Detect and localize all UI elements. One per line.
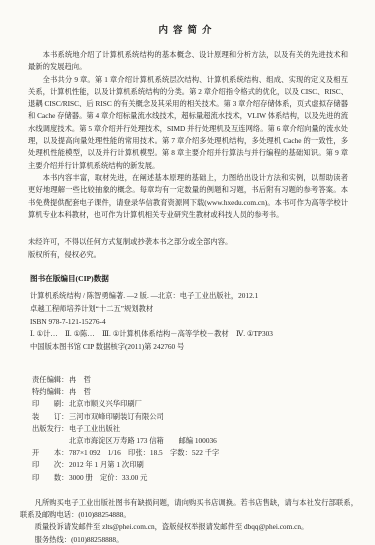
pub-value: 北京市顺义兴华印刷厂 — [69, 399, 142, 408]
pub-row: 印 数：3000 册 定价：33.00 元 — [32, 472, 355, 484]
publication-info: 责任编辑：冉 哲 特约编辑：冉 哲 印 刷：北京市顺义兴华印刷厂 装 订：三河市… — [32, 374, 355, 484]
pub-label: 特约编辑： — [32, 386, 69, 398]
pub-label: 责任编辑： — [32, 374, 69, 386]
pub-label: 装 订： — [32, 411, 69, 423]
pub-value: 北京市海淀区万寿路 173 信箱 邮编 100036 — [69, 436, 217, 445]
cip-entry-line: 计算机系统结构 / 陈智勇编著. —2 版. —北京：电子工业出版社，2012.… — [30, 290, 348, 303]
cip-data-block: 图书在版编目(CIP)数据 计算机系统结构 / 陈智勇编著. —2 版. —北京… — [30, 273, 348, 354]
copyright-notice: 未经许可，不得以任何方式复制或抄袭本书之部分或全部内容。 版权所有，侵权必究。 — [28, 236, 348, 261]
service-notice: 凡所购买电子工业出版社图书有缺损问题，请向购买书店调换。若书店售缺，请与本社发行… — [20, 497, 358, 545]
pub-value: 冉 哲 — [69, 387, 91, 396]
intro-paragraph: 本书系统地介绍了计算机系统结构的基本概念、设计原理和分析方法，以及有关的先进技术… — [28, 49, 348, 74]
content-summary: 本书系统地介绍了计算机系统结构的基本概念、设计原理和分析方法，以及有关的先进技术… — [28, 49, 348, 221]
pub-row: 装 订：三河市双峰印刷装订有限公司 — [32, 411, 355, 423]
pub-value: 冉 哲 — [69, 375, 91, 384]
cip-registration: 中国版本图书馆 CIP 数据核字(2011)第 242760 号 — [30, 341, 348, 354]
footer-paragraph: 服务热线：(010)88258888。 — [20, 534, 358, 545]
intro-paragraph: 全书共分 9 章。第 1 章介绍计算机系统层次结构、计算机系统结构、组成、实现的… — [28, 74, 348, 172]
copyright-line: 版权所有，侵权必究。 — [28, 249, 348, 261]
pub-row: 责任编辑：冉 哲 — [32, 374, 355, 386]
pub-value: 三河市双峰印刷装订有限公司 — [69, 412, 164, 421]
footer-paragraph: 质量投诉请发邮件至 zlts@phei.com.cn，盗版侵权举报请发邮件至 d… — [20, 521, 358, 533]
cip-classification: Ⅰ. ①计… Ⅱ. ①陈… Ⅲ. ①计算机体系结构－高等学校－教材 Ⅳ. ①TP… — [30, 328, 348, 341]
pub-value: 2012 年 1 月第 1 次印刷 — [69, 460, 144, 469]
cip-entry-line: 卓越工程师培养计划“十二五”规划教材 — [30, 303, 348, 316]
book-copyright-page: 内容简介 本书系统地介绍了计算机系统结构的基本概念、设计原理和分析方法，以及有关… — [0, 0, 375, 545]
intro-paragraph: 本书内容丰富，取材先进，在阐述基本原理的基础上，力图给出设计方法和实例，以帮助读… — [28, 172, 348, 221]
pub-label: 出版发行： — [32, 423, 69, 435]
copyright-line: 未经许可，不得以任何方式复制或抄袭本书之部分或全部内容。 — [28, 236, 348, 248]
pub-row: 北京市海淀区万寿路 173 信箱 邮编 100036 — [32, 435, 355, 447]
pub-row: 出版发行：电子工业出版社 — [32, 423, 355, 435]
footer-paragraph: 凡所购买电子工业出版社图书有缺损问题，请向购买书店调换。若书店售缺，请与本社发行… — [20, 497, 358, 522]
pub-label: 印 数： — [32, 472, 69, 484]
pub-label: 开 本： — [32, 447, 69, 459]
pub-label: 印 次： — [32, 459, 69, 471]
page-title: 内容简介 — [0, 22, 375, 36]
cip-isbn: ISBN 978-7-121-15276-4 — [30, 316, 348, 329]
pub-value: 电子工业出版社 — [69, 424, 120, 433]
pub-row: 开 本：787×1 092 1/16 印张：18.5 字数：522 千字 — [32, 447, 355, 459]
pub-value: 3000 册 定价：33.00 元 — [69, 473, 147, 482]
pub-label: 印 刷： — [32, 398, 69, 410]
pub-value: 787×1 092 1/16 印张：18.5 字数：522 千字 — [69, 448, 219, 457]
cip-heading: 图书在版编目(CIP)数据 — [30, 273, 348, 284]
pub-row: 印 刷：北京市顺义兴华印刷厂 — [32, 398, 355, 410]
pub-row: 印 次：2012 年 1 月第 1 次印刷 — [32, 459, 355, 471]
cip-entry-lines: 计算机系统结构 / 陈智勇编著. —2 版. —北京：电子工业出版社，2012.… — [30, 290, 348, 354]
pub-row: 特约编辑：冉 哲 — [32, 386, 355, 398]
